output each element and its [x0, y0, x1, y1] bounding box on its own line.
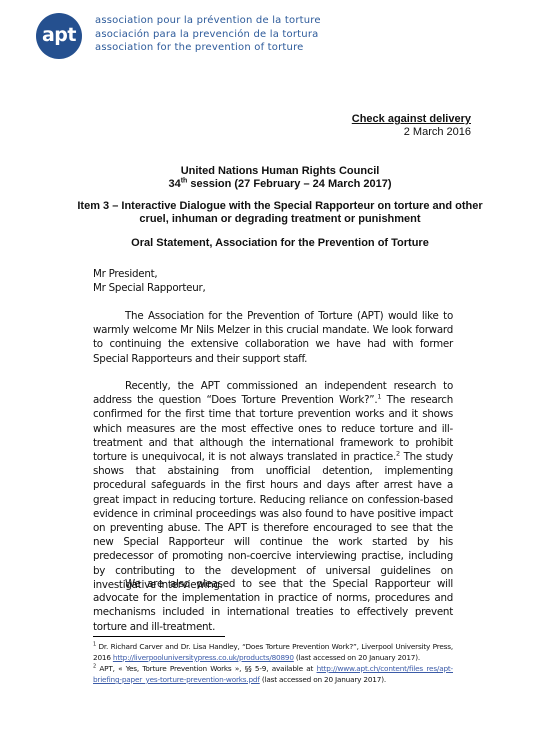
footnote-separator — [93, 636, 225, 637]
apt-logo: apt — [36, 13, 82, 59]
footnotes: 1 Dr. Richard Carver and Dr. Lisa Handle… — [93, 641, 453, 685]
footnote-1-link[interactable]: http://liverpooluniversitypress.co.uk/pr… — [113, 653, 294, 662]
item-line-1: Item 3 – Interactive Dialogue with the S… — [60, 200, 500, 213]
footnote-1: 1 Dr. Richard Carver and Dr. Lisa Handle… — [93, 641, 453, 663]
statement-date: 2 March 2016 — [352, 126, 471, 139]
session-line: 34th session (27 February – 24 March 201… — [60, 178, 500, 191]
organization-tagline: association pour la prévention de la tor… — [95, 14, 321, 55]
tagline-english: association for the prevention of tortur… — [95, 41, 321, 55]
item-line-2: cruel, inhuman or degrading treatment or… — [60, 213, 500, 226]
paragraph-2: Recently, the APT commissioned an indepe… — [93, 379, 453, 592]
salutation: Mr President, Mr Special Rapporteur, — [93, 267, 206, 295]
salutation-president: Mr President, — [93, 267, 206, 281]
tagline-spanish: asociación para la prevención de la tort… — [95, 28, 321, 42]
council-heading: United Nations Human Rights Council 34th… — [60, 165, 500, 191]
statement-heading: Oral Statement, Association for the Prev… — [60, 237, 500, 250]
paragraph-1: The Association for the Prevention of To… — [93, 309, 453, 366]
salutation-rapporteur: Mr Special Rapporteur, — [93, 281, 206, 295]
footnote-2: 2 APT, « Yes, Torture Prevention Works »… — [93, 663, 453, 685]
delivery-meta: Check against delivery 2 March 2016 — [352, 113, 471, 139]
tagline-french: association pour la prévention de la tor… — [95, 14, 321, 28]
council-name: United Nations Human Rights Council — [60, 165, 500, 178]
check-against-delivery: Check against delivery — [352, 113, 471, 126]
item-heading: Item 3 – Interactive Dialogue with the S… — [60, 200, 500, 226]
paragraph-3: We are also pleased to see that the Spec… — [93, 577, 453, 634]
